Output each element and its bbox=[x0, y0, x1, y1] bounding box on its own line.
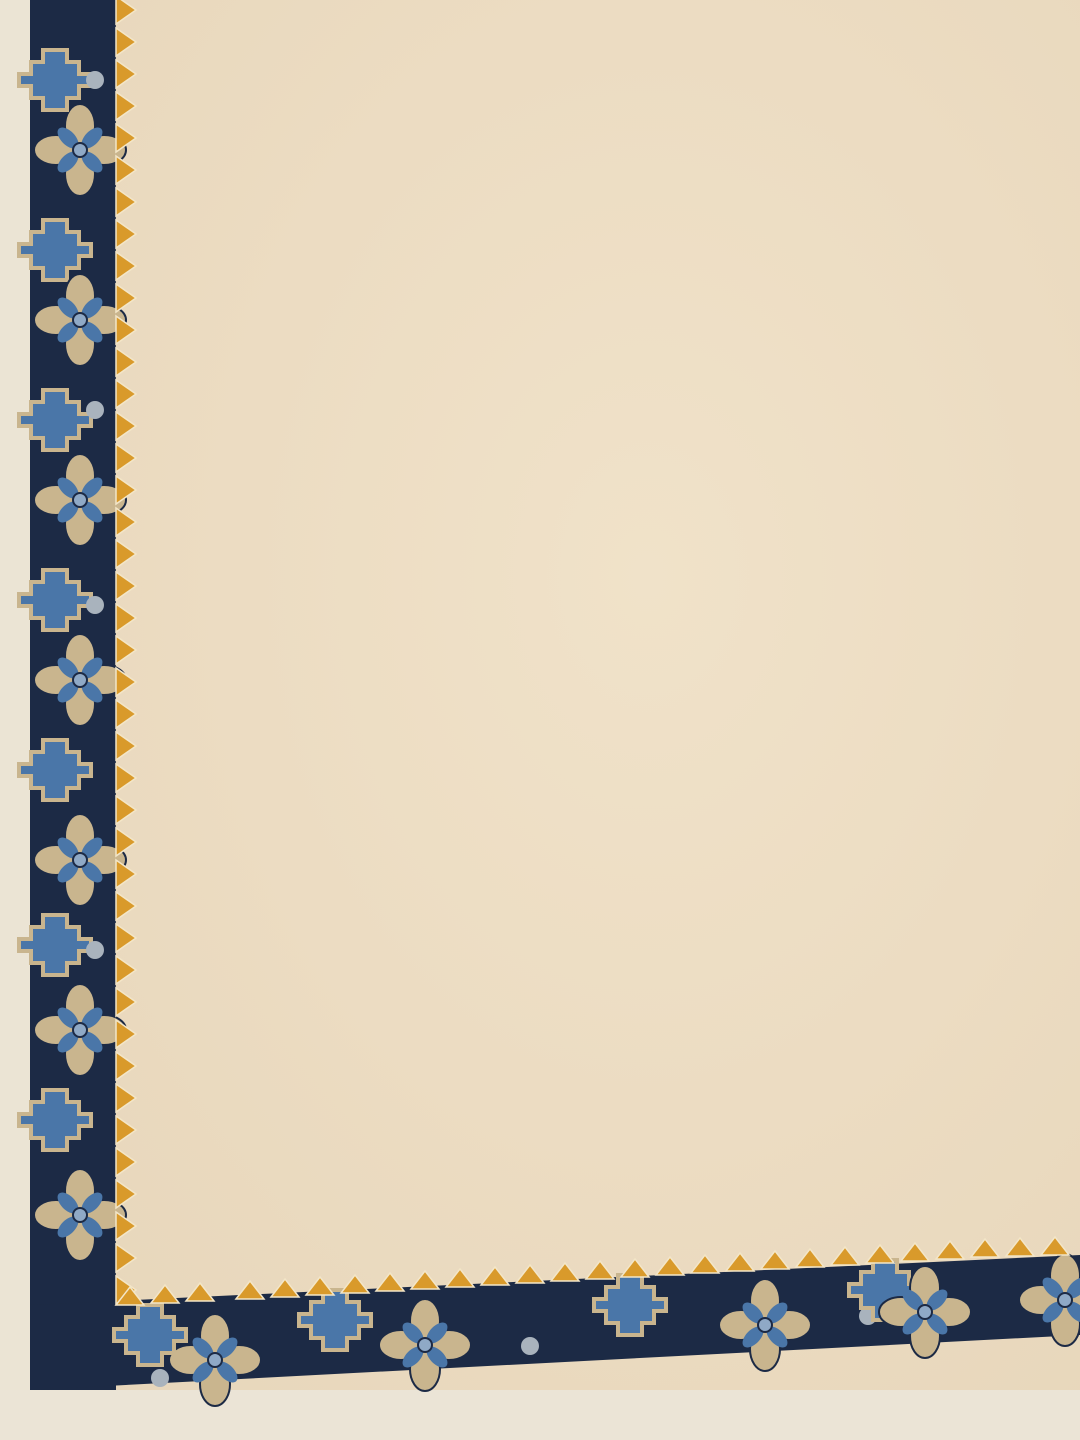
printed-border bbox=[0, 0, 1080, 1440]
gold-lace-trim-left bbox=[116, 0, 136, 1304]
